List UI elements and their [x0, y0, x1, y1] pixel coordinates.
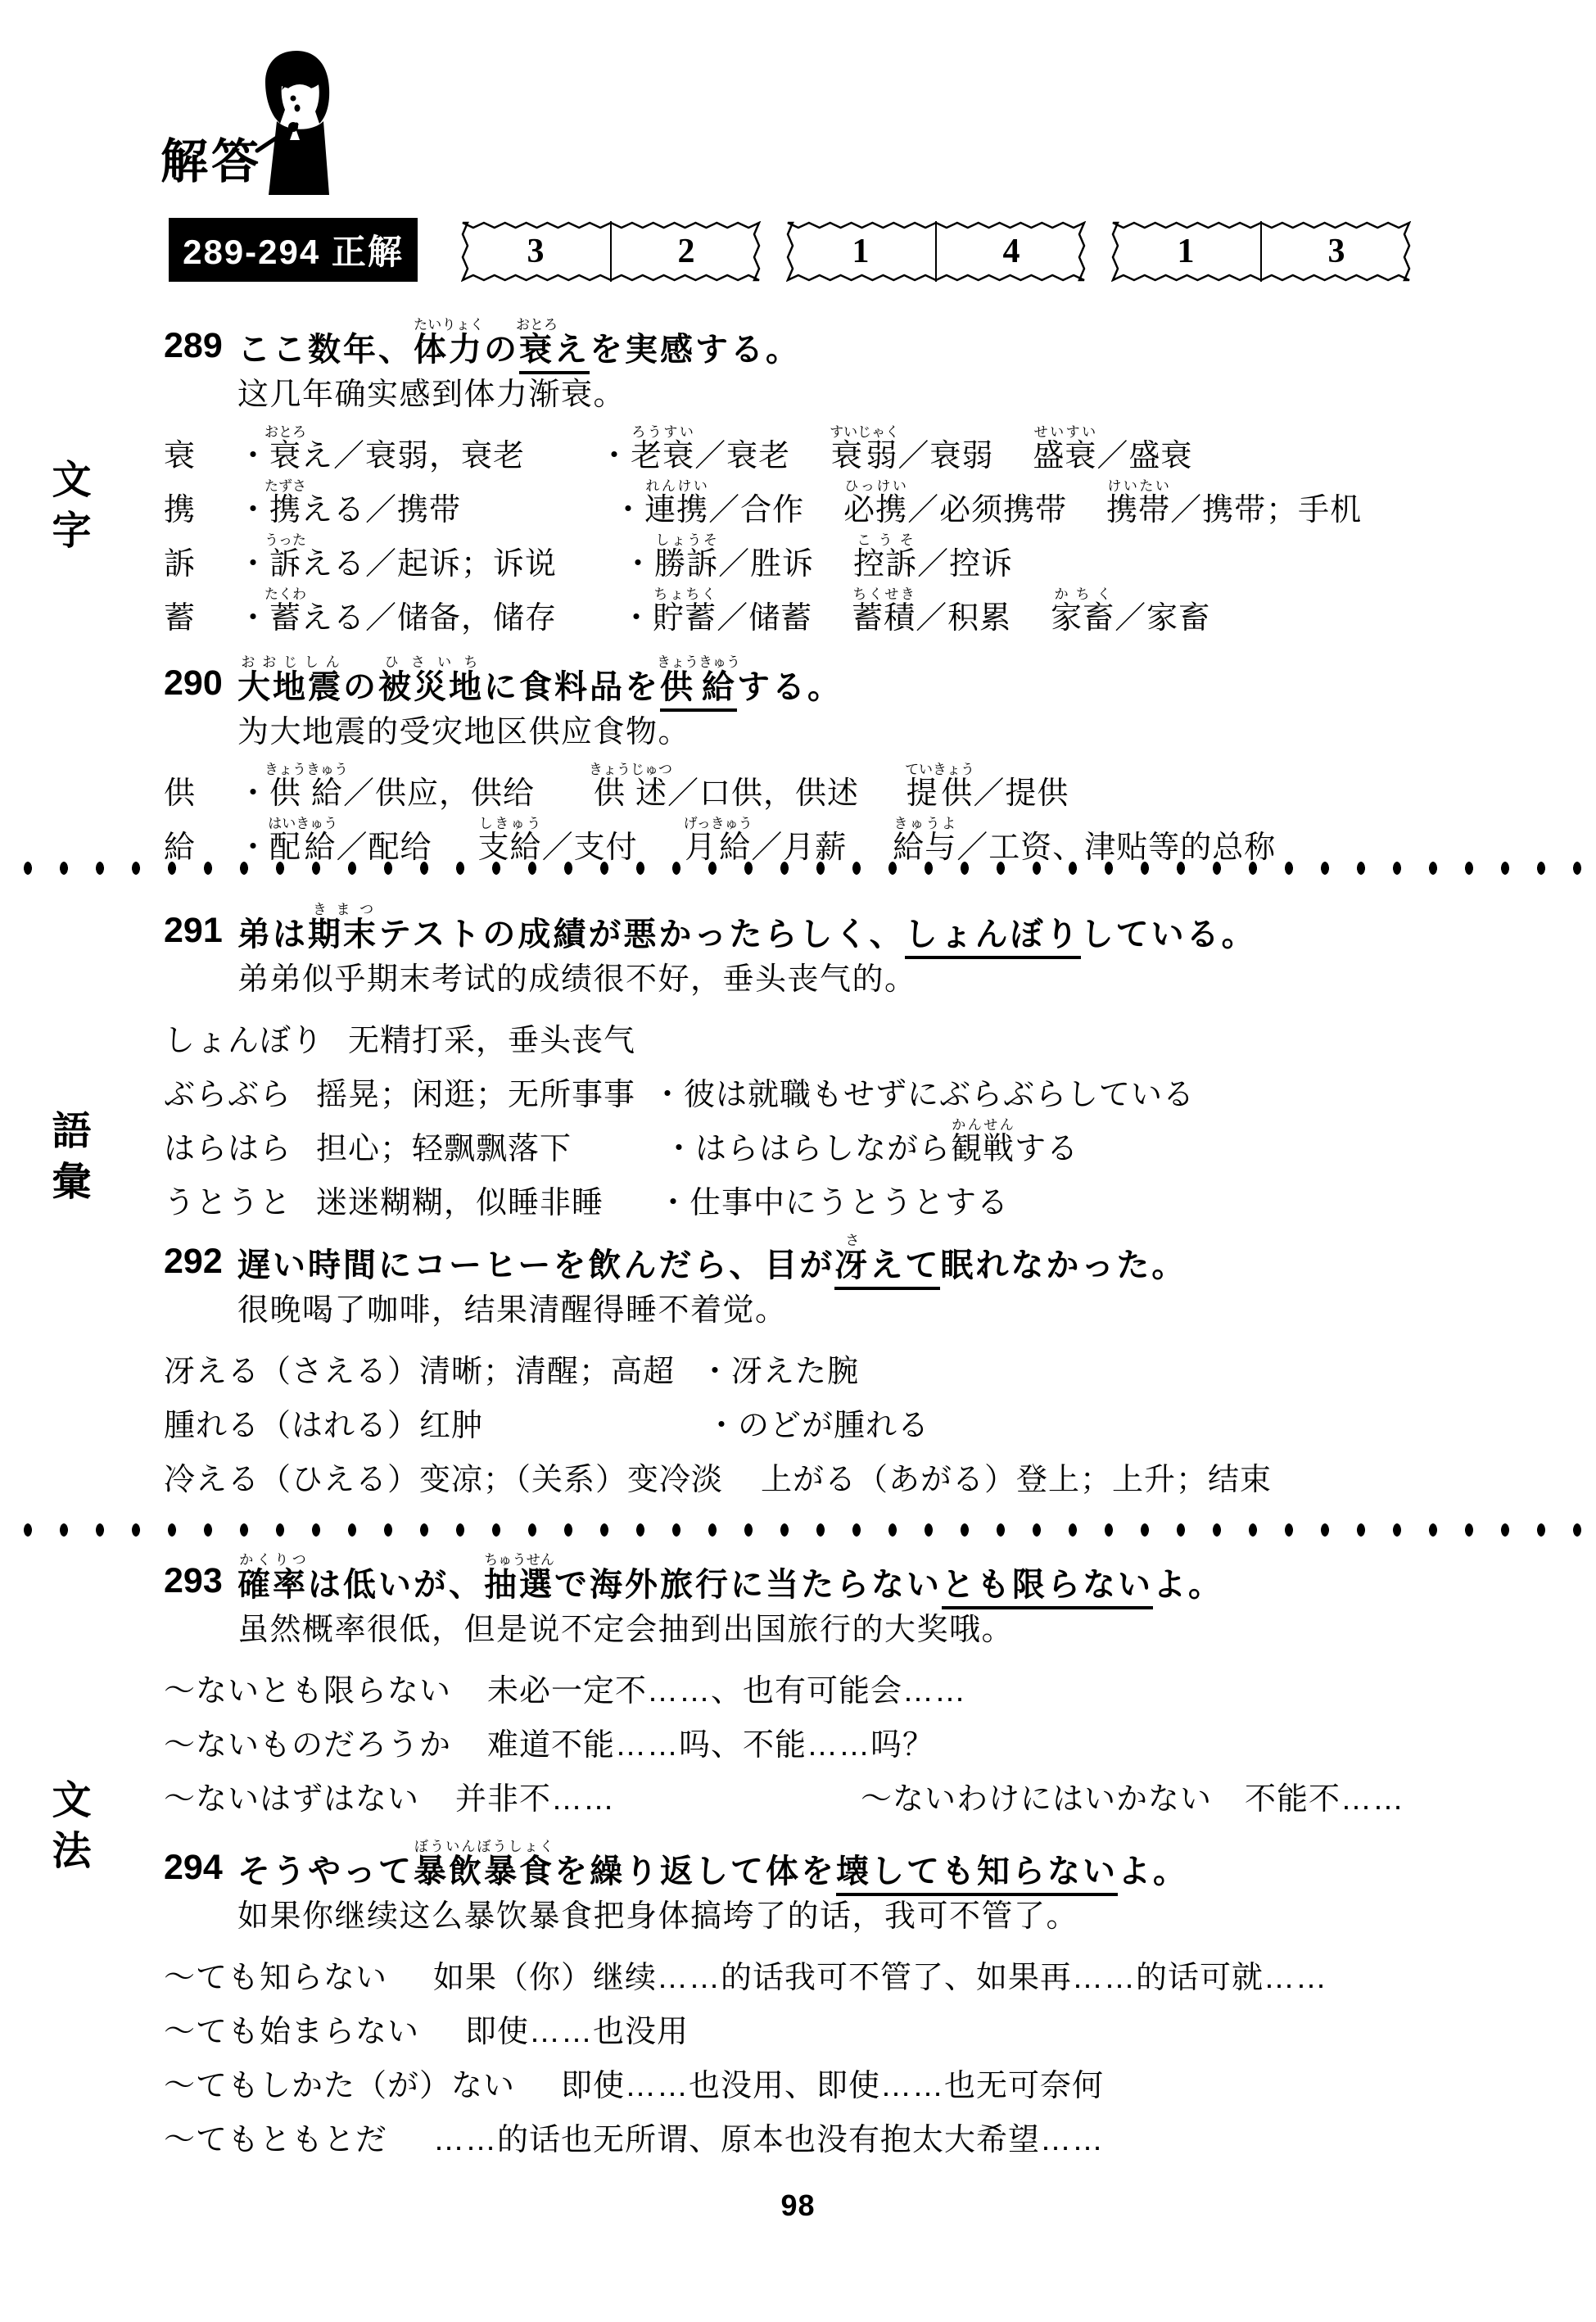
row-content: ・蓄たくわえる／储备，储存・貯蓄ちょちく／储蓄蓄積ちくせき／积累家畜かちく／家畜: [237, 586, 1210, 636]
question-sentence: 弟は期末きまつテストの成績が悪かったらしく、しょんぼりしている。: [237, 902, 1257, 952]
question-number: 290: [164, 666, 237, 704]
question-292: 292 遅い時間にコーヒーを飲んだら、目が冴さえて眠れなかった。 很晚喝了咖啡，…: [164, 1211, 1572, 1497]
row-content: しょんぼり无精打采，垂头丧气: [164, 1025, 635, 1058]
answer-value: 1: [1111, 221, 1260, 282]
explanation-row: ～ても知らない如果（你）继续……的话我可不管了、如果再……的话可就……: [164, 1941, 1572, 1995]
row-content: ～ないものだろうか难道不能……吗、不能……吗？: [164, 1730, 934, 1763]
question-number: 292: [164, 1244, 237, 1283]
question-289: 289 ここ数年、体力たいりょくの衰おとろえを実感する。 这几年确实感到体力渐衰…: [164, 295, 1572, 636]
answer-value: 4: [935, 221, 1086, 282]
kanji-head: 蓄: [164, 603, 237, 636]
kanji-head: 供: [164, 778, 237, 811]
row-content: ～ても知らない如果（你）继续……的话我可不管了、如果再……的话可就……: [164, 1962, 1327, 1995]
row-content: ・衰おとろえ／衰弱，衰老・老衰ろうすい／衰老衰弱すいじゃく／衰弱盛衰せいすい／盛…: [237, 424, 1192, 473]
question-sentence: 遅い時間にコーヒーを飲んだら、目が冴さえて眠れなかった。: [237, 1233, 1187, 1283]
explanation-rows: 衰・衰おとろえ／衰弱，衰老・老衰ろうすい／衰老衰弱すいじゃく／衰弱盛衰せいすい／…: [164, 419, 1572, 636]
explanation-row: 供・供給きょうきゅう／供应，供给供述きょうじゅつ／口供，供述提供ていきょう／提供: [164, 757, 1572, 811]
underlined-target: 供給きょうきゅう: [660, 669, 737, 712]
row-content: 冴える（さえる）清晰；清醒；高超・冴えた腕: [164, 1356, 859, 1389]
explanation-row: ぶらぶら摇晃；闲逛；无所事事・彼は就職もせずにぶらぶらしている: [164, 1058, 1572, 1112]
explanation-rows: 供・供給きょうきゅう／供应，供给供述きょうじゅつ／口供，供述提供ていきょう／提供…: [164, 757, 1572, 865]
explanation-row: 携・携たずさえる／携带・連携れんけい／合作必携ひっけい／必须携带携帯けいたい／携…: [164, 473, 1572, 527]
question-translation: 弟弟似乎期末考试的成绩很不好，垂头丧气的。: [237, 962, 1572, 999]
question-293: 293 確率かくりつは低いが、抽選ちゅうせんで海外旅行に当たらないとも限らないよ…: [164, 1530, 1572, 1817]
row-content: ・供給きょうきゅう／供应，供给供述きょうじゅつ／口供，供述提供ていきょう／提供: [237, 762, 1069, 811]
row-content: ・携たずさえる／携带・連携れんけい／合作必携ひっけい／必须携带携帯けいたい／携带…: [237, 478, 1362, 527]
question-290: 290 大地震おおじしんの被災地ひさいちに食料品を供給きょうきゅうする。 为大地…: [164, 632, 1572, 865]
answer-value: 3: [1260, 221, 1411, 282]
question-291: 291 弟は期末きまつテストの成績が悪かったらしく、しょんぼりしている。 弟弟似…: [164, 880, 1572, 1220]
explanation-row: ～ても始まらない即使……也没用: [164, 1995, 1572, 2049]
kanji-head: 給: [164, 832, 237, 865]
question-number: 291: [164, 913, 237, 952]
sidebar-label-bunpou: 文法: [39, 1779, 96, 1881]
explanation-row: ～てもともとだ……的话也无所谓、原本也没有抱太大希望……: [164, 2103, 1572, 2157]
row-content: ～てもともとだ……的话也无所谓、原本也没有抱太大希望……: [164, 2125, 1104, 2157]
question-sentence: 確率かくりつは低いが、抽選ちゅうせんで海外旅行に当たらないとも限らないよ。: [237, 1552, 1223, 1602]
answer-strip-group: 3 2: [461, 221, 761, 282]
row-content: ～ないはずはない并非不……～ないわけにはいかない不能不……: [164, 1784, 1404, 1817]
explanation-row: しょんぼり无精打采，垂头丧气: [164, 1004, 1572, 1058]
explanation-rows: 冴える（さえる）清晰；清醒；高超・冴えた腕腫れる（はれる）红肿・のどが腫れる冷え…: [164, 1335, 1572, 1497]
question-sentence: そうやって暴飲暴食ぼういんぼうしょくを繰り返して体を壊しても知らないよ。: [237, 1839, 1188, 1889]
explanation-row: ～てもしかた（が）ない即使……也没用、即使……也无可奈何: [164, 2049, 1572, 2103]
row-content: ・訴うったえる／起诉；诉说・勝訴しょうそ／胜诉控訴こうそ／控诉: [237, 532, 1013, 582]
explanation-row: ～ないものだろうか难道不能……吗、不能……吗？: [164, 1709, 1572, 1763]
row-content: ・配給はいきゅう／配给支給しきゅう／支付月給げっきゅう／月薪給与きゅうよ／工资、…: [237, 816, 1276, 865]
explanation-rows: ～ても知らない如果（你）继续……的话我可不管了、如果再……的话可就……～ても始ま…: [164, 1941, 1572, 2157]
kanji-head: 携: [164, 495, 237, 527]
question-number: 294: [164, 1850, 237, 1889]
answer-value: 2: [610, 221, 761, 282]
question-translation: 很晚喝了咖啡，结果清醒得睡不着觉。: [237, 1292, 1572, 1330]
row-content: ～ないとも限らない未必一定不……、也有可能会……: [164, 1676, 966, 1709]
row-content: はらはら担心；轻飘飘落下・はらはらしながら観戦かんせんする: [164, 1117, 1078, 1166]
answer-value: 3: [461, 221, 610, 282]
row-content: 冷える（ひえる）变凉；（关系）变冷淡上がる（あがる）登上；上升；结束: [164, 1464, 1272, 1497]
underlined-target: しょんぼり: [905, 917, 1081, 959]
underlined-target: 冴さえて: [834, 1247, 940, 1290]
question-number: 289: [164, 328, 237, 367]
row-content: ぶらぶら摇晃；闲逛；无所事事・彼は就職もせずにぶらぶらしている: [164, 1080, 1195, 1112]
row-content: 腫れる（はれる）红肿・のどが腫れる: [164, 1410, 929, 1443]
explanation-row: ～ないはずはない并非不……～ないわけにはいかない不能不……: [164, 1763, 1572, 1817]
explanation-row: ～ないとも限らない未必一定不……、也有可能会……: [164, 1654, 1572, 1709]
page-number: 98: [0, 2188, 1596, 2223]
question-number: 293: [164, 1564, 237, 1602]
row-content: ～てもしかた（が）ない即使……也没用、即使……也无可奈何: [164, 2071, 1104, 2103]
explanation-row: 訴・訴うったえる／起诉；诉说・勝訴しょうそ／胜诉控訴こうそ／控诉: [164, 527, 1572, 582]
explanation-row: 腫れる（はれる）红肿・のどが腫れる: [164, 1389, 1572, 1443]
question-sentence: ここ数年、体力たいりょくの衰おとろえを実感する。: [237, 317, 801, 367]
explanation-row: 給・配給はいきゅう／配给支給しきゅう／支付月給げっきゅう／月薪給与きゅうよ／工资…: [164, 811, 1572, 865]
question-translation: 如果你继续这么暴饮暴食把身体搞垮了的话，我可不管了。: [237, 1899, 1572, 1936]
answer-key-range-box: 289-294 正解: [169, 218, 418, 282]
question-translation: 为大地震的受灾地区供应食物。: [237, 714, 1572, 752]
textbook-page: 解答 289-294 正解 3 2 1 4 1 3 文字 語彙 文法 289 こ…: [0, 0, 1596, 2322]
answers-section-heading: 解答: [161, 123, 262, 192]
underlined-target: 衰おとろえ: [519, 332, 590, 374]
question-translation: 这几年确实感到体力渐衰。: [237, 377, 1572, 414]
explanation-row: 冴える（さえる）清晰；清醒；高超・冴えた腕: [164, 1335, 1572, 1389]
sidebar-label-moji: 文字: [39, 459, 96, 560]
explanation-rows: しょんぼり无精打采，垂头丧气ぶらぶら摇晃；闲逛；无所事事・彼は就職もせずにぶらぶ…: [164, 1004, 1572, 1220]
explanation-row: 蓄・蓄たくわえる／储备，储存・貯蓄ちょちく／储蓄蓄積ちくせき／积累家畜かちく／家…: [164, 582, 1572, 636]
explanation-row: 冷える（ひえる）变凉；（关系）变冷淡上がる（あがる）登上；上升；结束: [164, 1443, 1572, 1497]
answer-strip-group: 1 4: [786, 221, 1086, 282]
row-content: ～ても始まらない即使……也没用: [164, 2016, 689, 2049]
explanation-rows: ～ないとも限らない未必一定不……、也有可能会……～ないものだろうか难道不能……吗…: [164, 1654, 1572, 1817]
explanation-row: 衰・衰おとろえ／衰弱，衰老・老衰ろうすい／衰老衰弱すいじゃく／衰弱盛衰せいすい／…: [164, 419, 1572, 473]
underlined-target: とも限らない: [942, 1567, 1153, 1609]
explanation-row: はらはら担心；轻飘飘落下・はらはらしながら観戦かんせんする: [164, 1112, 1572, 1166]
question-294: 294 そうやって暴飲暴食ぼういんぼうしょくを繰り返して体を壊しても知らないよ。…: [164, 1817, 1572, 2157]
kanji-head: 衰: [164, 441, 237, 473]
question-sentence: 大地震おおじしんの被災地ひさいちに食料品を供給きょうきゅうする。: [237, 654, 843, 704]
question-translation: 虽然概率很低，但是说不定会抽到出国旅行的大奖哦。: [237, 1612, 1572, 1650]
underlined-target: 壊しても知らない: [836, 1854, 1118, 1896]
sidebar-label-goi: 語彙: [39, 1110, 96, 1211]
answer-strip-group: 1 3: [1111, 221, 1411, 282]
kanji-head: 訴: [164, 549, 237, 582]
answer-value: 1: [786, 221, 935, 282]
